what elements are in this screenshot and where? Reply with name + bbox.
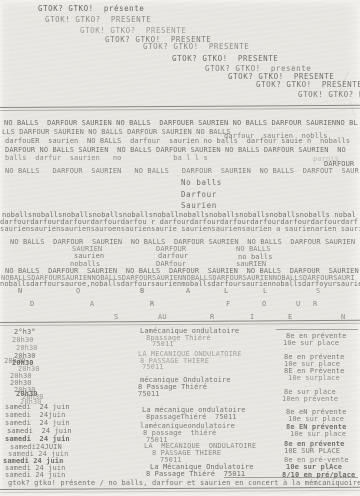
scanned-concert-flyer: GTOK? GTKO! présenteGTOK! GTKO? PRESENTE… [0, 0, 360, 496]
footer-block: gtok? gtko! présente / no balls, darfour… [0, 0, 360, 496]
footer-line: gtok? gtko! présente / no balls, darfour… [8, 480, 360, 487]
